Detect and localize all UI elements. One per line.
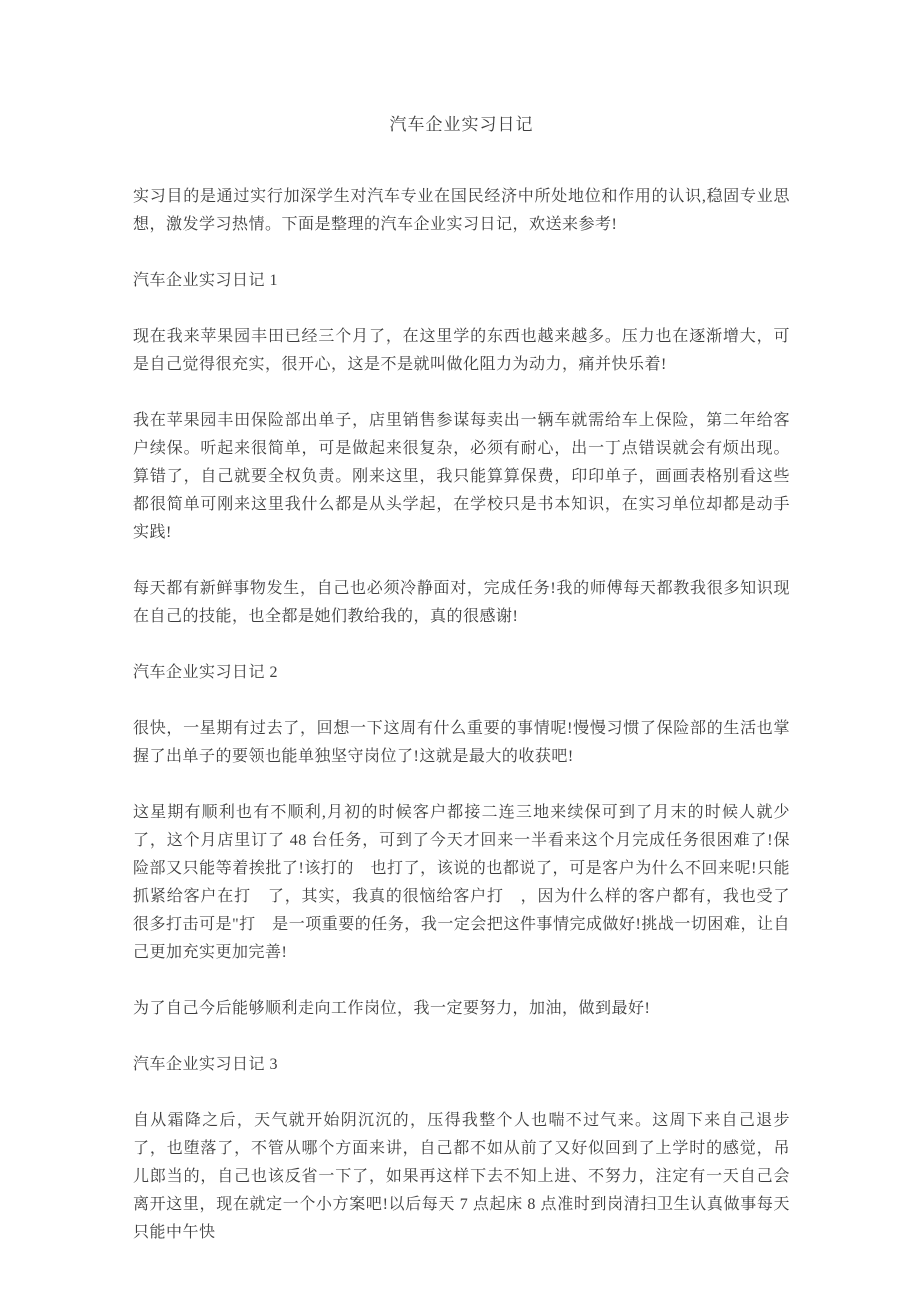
document-page: 汽车企业实习日记 实习目的是通过实行加深学生对汽车专业在国民经济中所处地位和作用… [0, 0, 920, 1302]
section-heading: 汽车企业实习日记 3 [133, 1051, 790, 1079]
section-heading: 汽车企业实习日记 2 [133, 659, 790, 687]
paragraph: 我在苹果园丰田保险部出单子，店里销售参谋每卖出一辆车就需给车上保险，第二年给客户… [133, 407, 790, 547]
paragraph: 很快，一星期有过去了，回想一下这周有什么重要的事情呢!慢慢习惯了保险部的生活也掌… [133, 715, 790, 771]
document-title: 汽车企业实习日记 [133, 113, 790, 137]
section-heading: 汽车企业实习日记 1 [133, 267, 790, 295]
paragraph: 这星期有顺利也有不顺利,月初的时候客户都接二连三地来续保可到了月末的时候人就少了… [133, 799, 790, 967]
paragraph: 现在我来苹果园丰田已经三个月了，在这里学的东西也越来越多。压力也在逐渐增大，可是… [133, 323, 790, 379]
document-body: 实习目的是通过实行加深学生对汽车专业在国民经济中所处地位和作用的认识,稳固专业思… [133, 183, 790, 1247]
paragraph: 实习目的是通过实行加深学生对汽车专业在国民经济中所处地位和作用的认识,稳固专业思… [133, 183, 790, 239]
paragraph: 自从霜降之后，天气就开始阴沉沉的，压得我整个人也喘不过气来。这周下来自己退步了，… [133, 1107, 790, 1247]
paragraph: 每天都有新鲜事物发生，自己也必须冷静面对，完成任务!我的师傅每天都教我很多知识现… [133, 575, 790, 631]
paragraph: 为了自己今后能够顺利走向工作岗位，我一定要努力，加油，做到最好! [133, 995, 790, 1023]
